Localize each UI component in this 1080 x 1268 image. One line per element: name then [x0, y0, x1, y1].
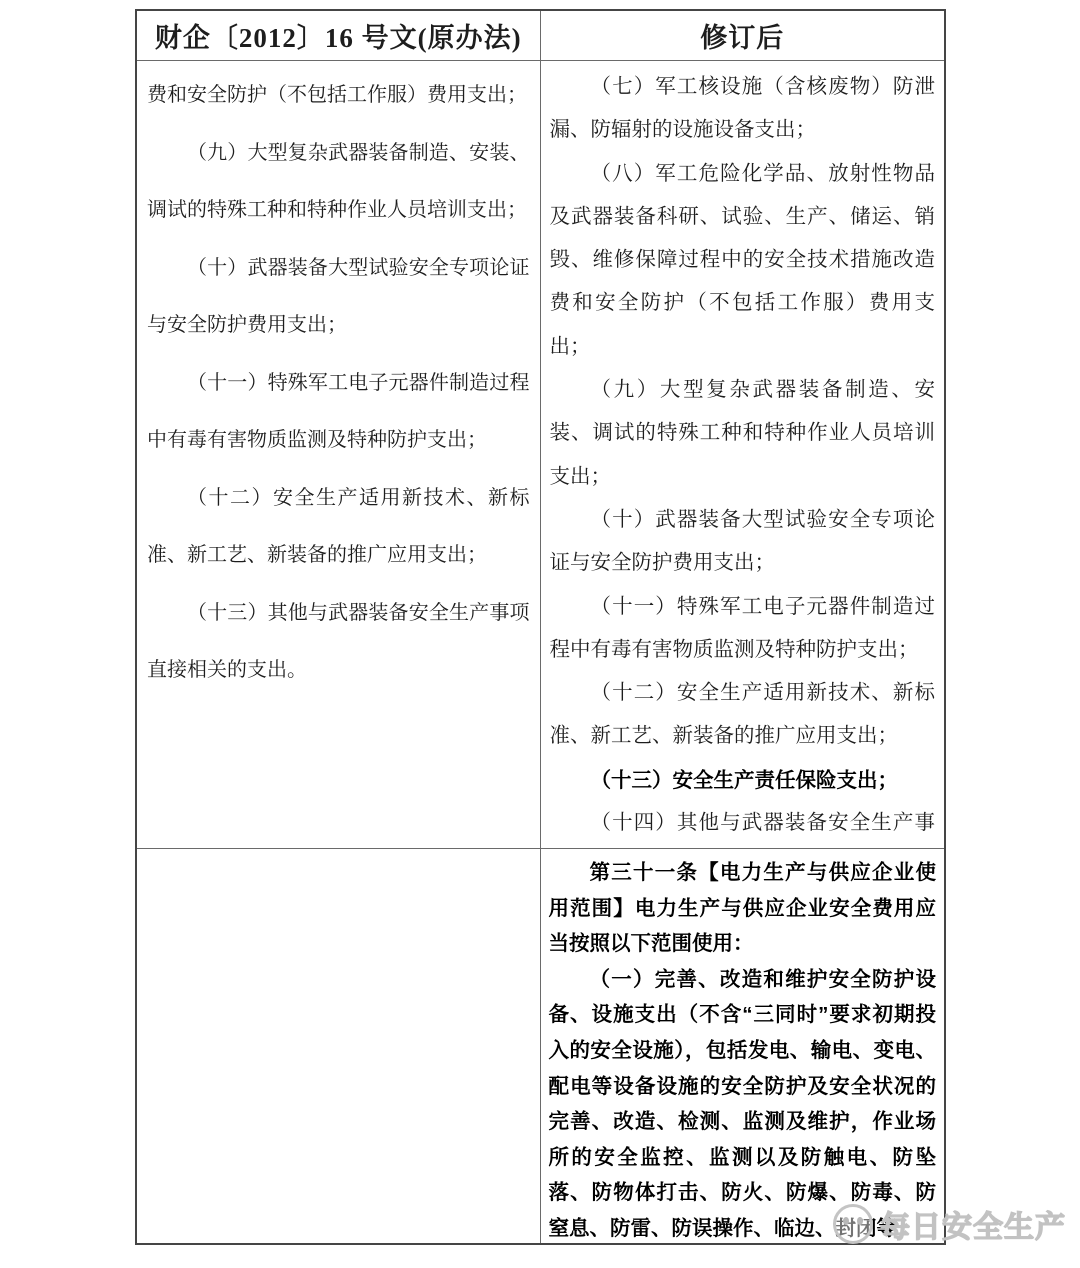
- paragraph: （十二）安全生产适用新技术、新标准、新工艺、新装备的推广应用支出；: [550, 672, 936, 759]
- paragraph-highlighted-new-clause: （十三）安全生产责任保险支出；: [550, 759, 936, 802]
- paragraph: （十一）特殊军工电子元器件制造过程中有毒有害物质监测及特种防护支出；: [550, 586, 936, 673]
- cell-revised-row1: （七）军工核设施（含核废物）防泄漏、防辐射的设施设备支出； （八）军工危险化学品…: [541, 61, 945, 849]
- paragraph: （十四）其他与武器装备安全生产事项直接相关的支出。: [550, 802, 936, 849]
- paragraph: （九）大型复杂武器装备制造、安装、调试的特殊工种和特种作业人员培训支出；: [550, 369, 936, 499]
- paragraph: （十三）其他与武器装备安全生产事项直接相关的支出。: [147, 585, 530, 700]
- header-cell-original: 财企〔2012〕16 号文(原办法): [137, 11, 541, 61]
- paragraph: （十二）安全生产适用新技术、新标准、新工艺、新装备的推广应用支出；: [147, 470, 530, 585]
- paragraph: （十）武器装备大型试验安全专项论证与安全防护费用支出；: [147, 240, 530, 355]
- header-cell-revised: 修订后: [541, 11, 945, 61]
- cell-revised-row2: 第三十一条【电力生产与供应企业使用范围】电力生产与供应企业安全费用应当按照以下范…: [541, 849, 945, 1243]
- paragraph: 费和安全防护（不包括工作服）费用支出；: [147, 67, 530, 125]
- header-revised-label: 修订后: [700, 16, 784, 55]
- paragraph: （七）军工核设施（含核废物）防泄漏、防辐射的设施设备支出；: [550, 66, 936, 153]
- cell-original-row1: 费和安全防护（不包括工作服）费用支出； （九）大型复杂武器装备制造、安装、调试的…: [137, 61, 541, 849]
- cell-original-row2-empty: [137, 849, 541, 1243]
- paragraph-article-31: 第三十一条【电力生产与供应企业使用范围】电力生产与供应企业安全费用应当按照以下范…: [549, 855, 937, 962]
- paragraph: （一）完善、改造和维护安全防护设备、设施支出（不含“三同时”要求初期投入的安全设…: [549, 962, 937, 1243]
- header-original-label: 财企〔2012〕16 号文(原办法): [155, 16, 522, 55]
- paragraph: （八）军工危险化学品、放射性物品及武器装备科研、试验、生产、储运、销毁、维修保障…: [550, 153, 936, 369]
- paragraph: （十）武器装备大型试验安全专项论证与安全防护费用支出；: [550, 499, 936, 586]
- document-page: { "page": { "background_color": "#ffffff…: [0, 0, 1080, 1268]
- paragraph: （九）大型复杂武器装备制造、安装、调试的特殊工种和特种作业人员培训支出；: [147, 125, 530, 240]
- comparison-table: 财企〔2012〕16 号文(原办法) 修订后 费和安全防护（不包括工作服）费用支…: [135, 9, 946, 1245]
- paragraph: （十一）特殊军工电子元器件制造过程中有毒有害物质监测及特种防护支出；: [147, 355, 530, 470]
